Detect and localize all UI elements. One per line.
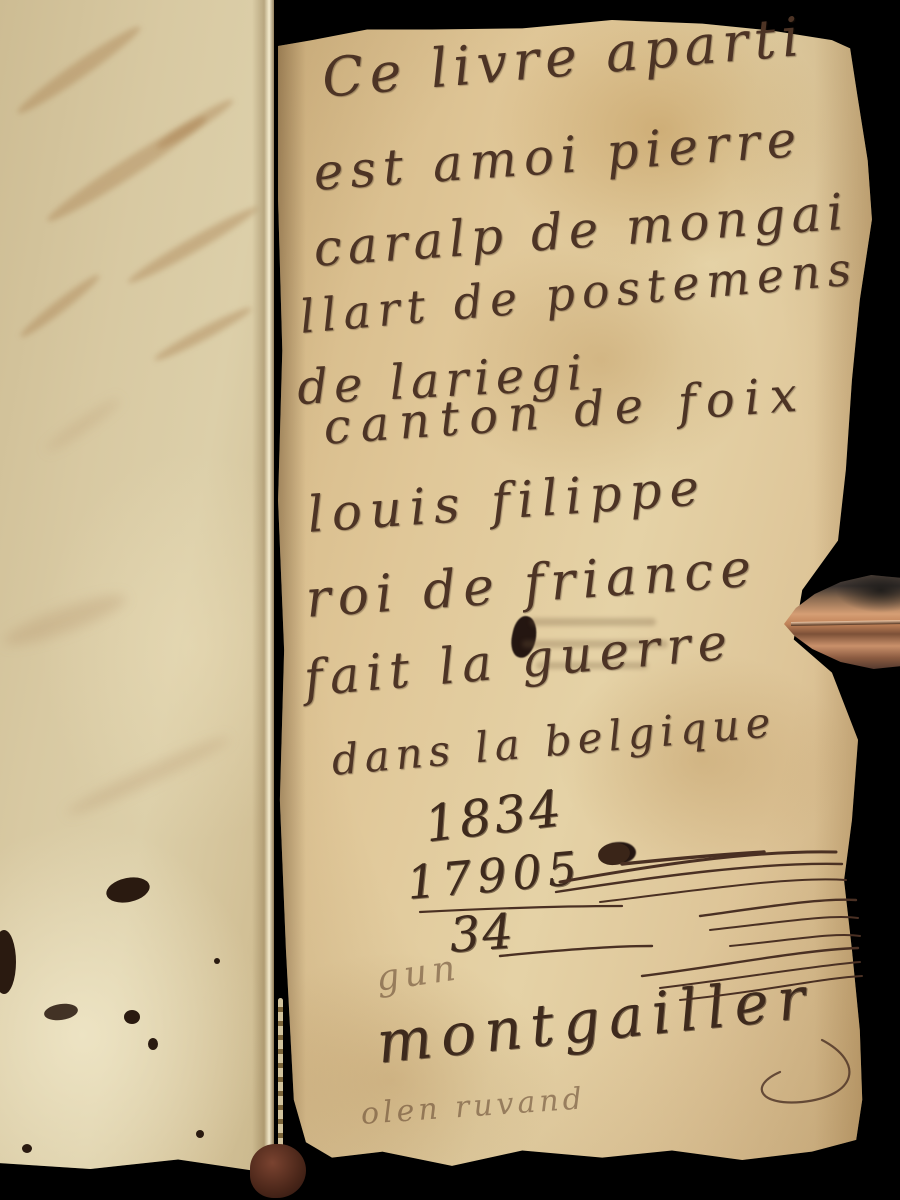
ink-blot bbox=[601, 840, 637, 865]
book-photo: Ce livre aparti est amoi pierre caralp d… bbox=[0, 0, 900, 1200]
cover-stain-streak bbox=[17, 270, 103, 341]
cover-stain-streak bbox=[63, 731, 233, 822]
clasp-ridge-highlight bbox=[791, 620, 900, 626]
cover-stain-streak bbox=[125, 201, 262, 288]
cover-stain-streak bbox=[13, 20, 145, 119]
parchment-cover bbox=[0, 0, 274, 1176]
ink-blot bbox=[148, 1038, 158, 1050]
ink-blot bbox=[104, 874, 152, 907]
ink-blot bbox=[214, 958, 220, 964]
cover-stain-streak bbox=[152, 303, 255, 365]
cover-fold-edge bbox=[252, 0, 274, 1176]
ink-blot bbox=[124, 1010, 140, 1024]
cover-stain-streak bbox=[43, 395, 122, 455]
ink-blot bbox=[0, 930, 16, 994]
ink-blot bbox=[196, 1130, 204, 1138]
cover-stain-streak bbox=[154, 95, 237, 153]
spine-sewing-thread bbox=[278, 998, 283, 1156]
manuscript-line-12: 17905 bbox=[405, 845, 585, 906]
spine-tailband bbox=[250, 1144, 306, 1198]
cover-stain-streak bbox=[0, 586, 130, 653]
ink-blot bbox=[43, 1002, 79, 1023]
manuscript-line-13: 34 bbox=[448, 907, 516, 959]
ink-blot bbox=[22, 1144, 32, 1153]
